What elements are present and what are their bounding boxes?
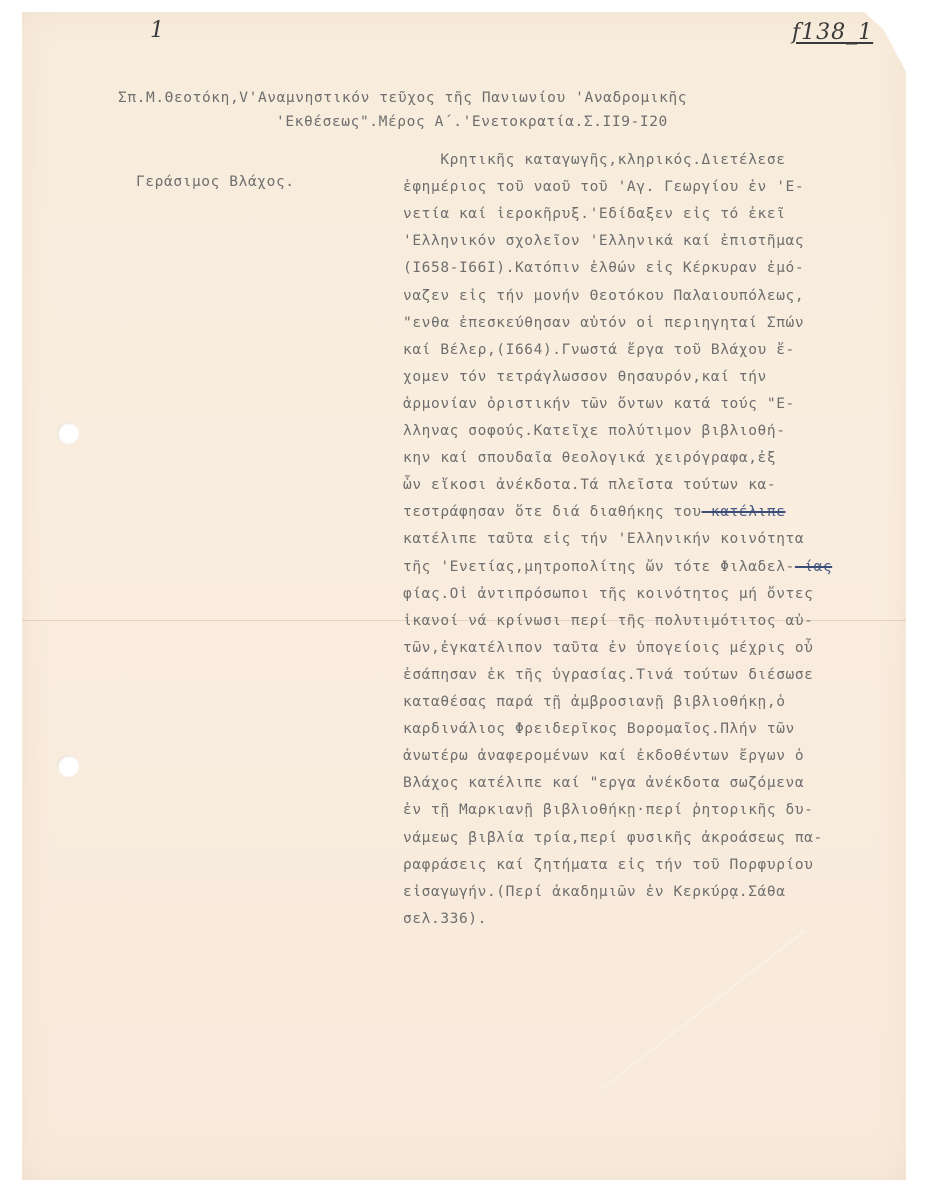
handwritten-folio-mark: f138_1 [792, 20, 873, 45]
body-text-line: κην καί σπουδαῖα θεολογικά χειρόγραφα,ἐξ [403, 450, 776, 466]
body-text-line: καρδινάλιος Φρειδερῖκος Βορομαῖος.Πλήν τ… [403, 721, 795, 737]
body-text-line: ἀνωτέρω ἀναφερομένων καί ἐκδοθέντων ἔργω… [403, 748, 804, 764]
body-text-line: Βλάχος κατέλιπε καί "εργα ἀνέκδοτα σωζόμ… [403, 775, 804, 791]
body-text-line: σελ.336). [403, 911, 487, 927]
body-text-line: ἐφημέριος τοῦ ναοῦ τοῦ 'Αγ. Γεωργίου ἐν … [403, 179, 804, 195]
body-text-line: καταθέσας παρά τῇ ἀμβροσιανῇ βιβλιοθήκῃ,… [403, 694, 786, 710]
entry-name: Γεράσιμος Βλάχος. [136, 174, 295, 190]
punch-hole [57, 422, 79, 444]
body-text-line: 'Ελληνικόν σχολεῖον 'Ελληνικά καί ἐπιστῆ… [403, 233, 804, 249]
body-text-line: φίας.Οἱ ἀντιπρόσωποι τῆς κοινότητος μή ὄ… [403, 586, 814, 602]
body-text-line: (Ι658-Ι66Ι).Κατόπιν ἐλθών εἰς Κέρκυραν ἐ… [403, 260, 804, 276]
body-text-line: ραφράσεις καί ζητήματα εἰς τήν τοῦ Πορφυ… [403, 857, 814, 873]
body-text-line: λληνας σοφούς.Κατεῖχε πολύτιμον βιβλιοθή… [403, 423, 786, 439]
body-text-line: ἁρμονίαν ὁριστικήν τῶν ὄντων κατά τούς "… [403, 396, 795, 412]
body-text-line: νετία καί ἱεροκῆρυξ.'Εδίδαξεν εἰς τό ἐκε… [403, 206, 786, 222]
body-text-line: τῆς 'Ενετίας,μητροπολίτης ὤν τότε Φιλαδε… [403, 559, 832, 575]
body-text-line: εἰσαγωγήν.(Περί ἀκαδημιῶν ἐν Κερκύρᾳ.Σάθ… [403, 884, 786, 900]
body-text-line: Κρητικῆς καταγωγῆς,κληρικός.Διετέλεσε [403, 152, 786, 168]
body-text-line: ὧν εἴκοσι ἀνέκδοτα.Τά πλεῖστα τούτων κα- [403, 477, 776, 493]
body-text-line: τῶν,ἐγκατέλιπον ταῦτα ἐν ὑπογείοις μέχρι… [403, 640, 814, 656]
body-text-line: καί Βέλερ,(Ι664).Γνωστά ἔργα τοῦ Βλάχου … [403, 342, 795, 358]
body-text-line: ναζεν εἰς τήν μονήν Θεοτόκου Παλαιουπόλε… [403, 288, 804, 304]
body-text-line: ἐσάπησαν ἐκ τῆς ὑγρασίας.Τινά τούτων διέ… [403, 667, 814, 683]
body-text-line: τεστράφησαν ὅτε διά διαθήκης του κατέλιπ… [403, 504, 786, 520]
header-citation-line-2: 'Εκθέσεως".Μέρος Α΄.'Ενετοκρατία.Σ.ΙΙ9-Ι… [276, 114, 668, 130]
body-text-line: ἐν τῇ Μαρκιανῇ βιβλιοθήκῃ·περί ῥητορικῆς… [403, 802, 814, 818]
body-text-line: νάμεως βιβλία τρία,περί φυσικῆς ἀκροάσεω… [403, 830, 823, 846]
body-text-line: "ενθα ἐπεσκεύθησαν αὐτόν οἱ περιηγηταί Σ… [403, 315, 804, 331]
body-text-line: ἱκανοί νά κρίνωσι περί τῆς πολυτιμότιτος… [403, 613, 814, 629]
struck-text: κατέλιπε [702, 504, 786, 520]
struck-text: ίας [795, 559, 832, 575]
handwritten-page-number: 1 [150, 18, 164, 43]
punch-hole [57, 755, 79, 777]
header-citation-line-1: Σπ.Μ.Θεοτόκη,V'Αναμνηστικόν τεῦχος τῆς Π… [118, 90, 687, 106]
body-text-line: κατέλιπε ταῦτα εἰς τήν 'Ελληνικήν κοινότ… [403, 531, 804, 547]
body-text-line: χομεν τόν τετράγλωσσον θησαυρόν,καί τήν [403, 369, 767, 385]
